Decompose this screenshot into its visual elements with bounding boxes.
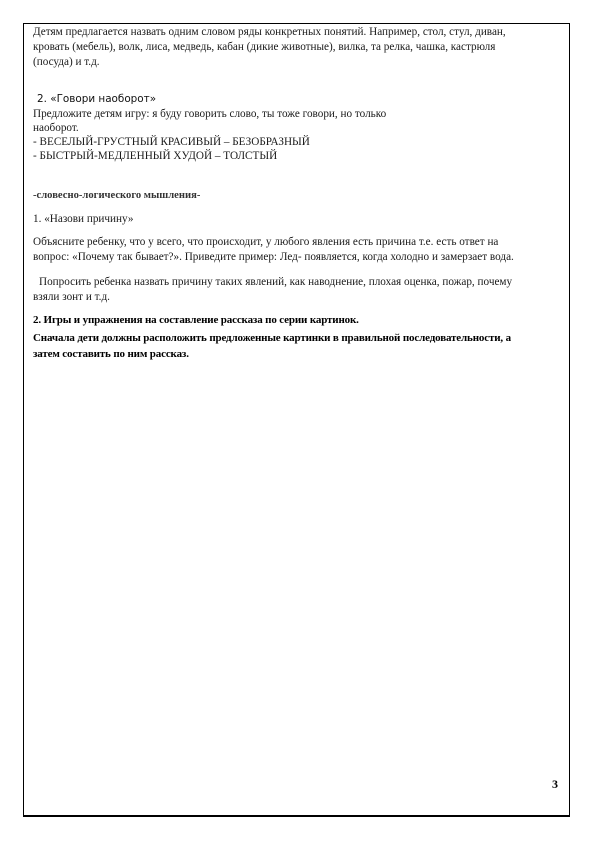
intro-line-2: кровать (мебель), волк, лиса, медведь, к… [33, 40, 495, 55]
section-title: -словесно-логического мышления- [33, 188, 200, 203]
cause-game-heading: 1. «Назови причину» [33, 212, 133, 227]
game-2-line-1: Предложите детям игру: я буду говорить с… [33, 107, 386, 122]
game-2-line-2: наоборот. [33, 121, 79, 136]
intro-line-3: (посуда) и т.д. [33, 55, 100, 70]
story-game-heading: 2. Игры и упражнения на составление расс… [33, 313, 359, 328]
intro-line-1: Детям предлагается назвать одним словом … [33, 25, 506, 40]
story-game-line-1: Сначала дети должны расположить предложе… [33, 331, 511, 346]
story-game-line-2: затем составить по ним рассказ. [33, 347, 189, 362]
cause-task-line-2: взяли зонт и т.д. [33, 290, 110, 305]
game-2-line-4: - БЫСТРЫЙ-МЕДЛЕННЫЙ ХУДОЙ – ТОЛСТЫЙ [33, 149, 277, 164]
cause-paragraph-line-2: вопрос: «Почему так бывает?». Приведите … [33, 250, 514, 265]
game-2-line-3: - ВЕСЕЛЫЙ-ГРУСТНЫЙ КРАСИВЫЙ – БЕЗОБРАЗНЫ… [33, 135, 310, 150]
cause-paragraph-line-1: Объясните ребенку, что у всего, что прои… [33, 235, 498, 250]
cause-task-line-1: Попросить ребенка назвать причину таких … [39, 275, 512, 290]
page-number: 3 [552, 777, 558, 792]
game-2-heading: 2. «Говори наоборот» [37, 92, 156, 107]
